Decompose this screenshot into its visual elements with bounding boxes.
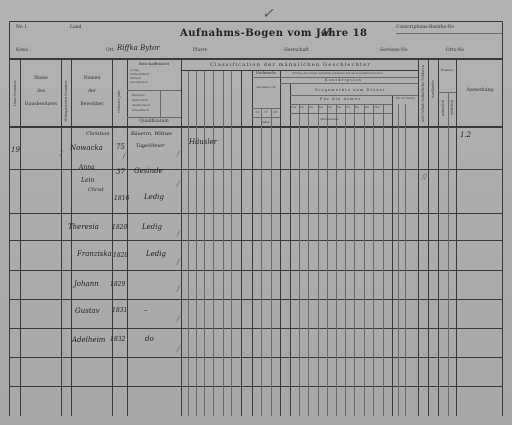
vorgemerkte-header: Vorgemerkte zum Dienst	[315, 88, 385, 92]
col-divider	[127, 58, 128, 416]
col-divider	[204, 70, 205, 416]
col-divider	[299, 104, 300, 416]
col-divider	[241, 70, 242, 416]
year-columns: 1ste 2te 3te 4te 5te 6te 7te 8te 9te 10t…	[291, 106, 383, 109]
herrschaft-label: Herrschaft	[284, 48, 309, 53]
col-divider	[405, 104, 406, 416]
einleitung-header: In Folge der vorigen Aufnahme geblieben …	[292, 72, 382, 75]
kreis-label: Kreis	[16, 48, 28, 53]
row-1-note: 1.2	[460, 131, 471, 139]
col-divider	[181, 58, 182, 416]
col-divider	[438, 58, 439, 416]
col-divider	[456, 58, 457, 416]
beschaffenheit-sublist: Ledig Verheirathet Witwer Geschieden	[130, 68, 149, 84]
nachwuchs-underline	[252, 77, 280, 78]
armee-underline	[290, 104, 392, 105]
row-1-jahr: 75	[116, 143, 125, 151]
row-4-jahr: 1820	[112, 224, 127, 231]
fremde-maennlich: männlich	[441, 100, 445, 116]
tick-mark: /	[177, 345, 179, 353]
tick-mark: /	[177, 180, 179, 188]
nachwuchs-header: Nachwuchs	[252, 71, 280, 75]
tick-mark: /	[60, 150, 62, 158]
row-3-stand: Ledig	[144, 193, 164, 201]
fremde-underline	[438, 92, 456, 93]
col-divider	[392, 95, 393, 416]
col-divider	[308, 104, 309, 416]
col-divider	[373, 104, 374, 416]
row-2-name: Lein	[81, 177, 94, 184]
anmerkung-header: Anmerkung	[458, 88, 502, 93]
header-subline	[160, 90, 161, 117]
row-2-vorname: Anna	[79, 164, 95, 171]
col-divider	[231, 70, 232, 416]
col-divider	[196, 70, 197, 416]
col-divider	[364, 104, 365, 416]
year-handwritten: 46	[321, 28, 332, 38]
row-6-jahr: 1829	[110, 281, 125, 288]
ort-label: Ort	[106, 48, 114, 53]
col-divider	[327, 104, 328, 416]
row-6-name: Johann	[74, 280, 99, 288]
classification-header: Classification der männlichen Geschlecht…	[210, 62, 371, 68]
tick-mark: /	[123, 152, 125, 160]
konskription-underline	[280, 83, 418, 84]
col-divider	[383, 104, 384, 416]
left-border	[9, 21, 10, 416]
land-label: Land	[70, 25, 81, 30]
age-18: 18	[271, 110, 279, 114]
col-divider	[428, 58, 429, 416]
header-subline	[127, 117, 181, 118]
bewohner-header: Namen der Bewohner	[72, 76, 112, 107]
wohnparteien-header: Wohnparteien-Nummer	[64, 80, 68, 122]
row-1-stand2: Tagelöhner	[136, 143, 165, 149]
classification-underline	[181, 70, 418, 71]
row-4-name: Theresia	[68, 223, 99, 231]
row-3-jahr: 1816	[114, 195, 129, 202]
ort-value: Riffka Bytor	[117, 44, 160, 52]
census-form-page: No 1. Land Conscriptions-Bezirks-No Aufn…	[0, 0, 512, 425]
header-subline	[127, 90, 181, 91]
tick-mark: //	[422, 173, 427, 181]
pfarre-label: Pfarre	[193, 48, 207, 53]
auslaender-header: Ausländer	[431, 80, 435, 98]
beschaffenheit-header: Beschaffenheit	[130, 61, 178, 66]
top-border	[9, 21, 502, 22]
tick-mark: /	[177, 285, 179, 293]
row-2-stand: Gesinde	[134, 167, 163, 175]
col-divider	[280, 70, 281, 416]
age-17: 17	[262, 110, 270, 114]
col-divider	[336, 104, 337, 416]
col-divider	[261, 108, 262, 416]
check-mark-icon: ✓	[262, 6, 274, 22]
col-divider	[71, 58, 72, 416]
row-5-name: Franziska	[77, 250, 112, 258]
armee-header: Für die Armee	[320, 97, 361, 101]
fremde-header: Fremde	[438, 68, 456, 72]
tick-mark: /	[177, 258, 179, 266]
col-divider	[345, 104, 346, 416]
sections-label: Sections-No	[380, 48, 408, 53]
form-title: Aufnahms-Bogen vom Jahre 18	[180, 28, 368, 39]
vorgemerkte-underline	[290, 95, 418, 96]
col-divider	[271, 108, 272, 416]
row-3-vorname: Christ	[88, 187, 104, 193]
number-label: No 1.	[16, 25, 28, 30]
konskription-header: Konskription	[325, 78, 362, 82]
years-underline	[290, 113, 392, 114]
haus-nummer-header: Haus-Nummer	[13, 80, 17, 106]
row-8-jahr: 1832	[110, 336, 125, 343]
row-7-jahr: 1831	[112, 307, 127, 314]
col-divider	[354, 104, 355, 416]
col-divider	[112, 58, 113, 416]
tick-mark: /	[177, 230, 179, 238]
nachwuchs-jahre-line	[252, 117, 280, 118]
col-divider	[213, 70, 214, 416]
row-8-name: Adelheim	[72, 336, 105, 344]
col-divider	[318, 104, 319, 416]
col-divider	[223, 70, 224, 416]
col-divider	[61, 58, 62, 416]
fremde-weiblich: weiblich	[450, 100, 454, 115]
conscriptions-label: Conscriptions-Bezirks-No	[396, 25, 454, 30]
jahre-label: Jahre	[252, 120, 280, 124]
age-13: 13	[253, 110, 261, 114]
nachwuchs-sub: Im Alter von	[252, 85, 280, 89]
col-divider	[188, 70, 189, 416]
col-divider	[418, 58, 419, 416]
col-divider	[398, 104, 399, 416]
row-5-stand: Ledig	[146, 250, 166, 258]
row-7-name: Gustav	[75, 307, 100, 315]
tick-mark: /	[177, 150, 179, 158]
orts-label: Orts-No	[446, 48, 464, 53]
row-2-jahr: 37	[116, 168, 125, 176]
religion-sublist: Religion Katholisch Akatholisch Israelit…	[132, 93, 150, 113]
geburtsjahr-header: Geburts-Jahr	[117, 90, 121, 113]
right-border	[502, 21, 503, 416]
col-divider	[290, 83, 291, 416]
urlaub-header: Auf Urlaub befindliche Soldaten	[421, 65, 425, 122]
tick-mark: /	[177, 315, 179, 323]
marine-header: Für die Marine	[396, 97, 415, 100]
nachwuchs-ages-line	[252, 108, 280, 109]
row-8-stand: do	[145, 335, 154, 343]
conscriptions-line	[396, 33, 502, 34]
row-7-stand: –	[144, 306, 148, 314]
row-1-qual: Häusler	[189, 138, 217, 146]
row-1-name: Nowacka	[70, 144, 103, 152]
qualification-header: Qualification	[130, 119, 178, 124]
col-divider	[20, 58, 21, 416]
row-5-jahr: 1828	[113, 252, 128, 259]
row-1-haus-nr: 19	[11, 146, 20, 154]
row-1-stand: Bäuerin, Wittwe	[131, 131, 172, 137]
row-4-stand: Ledig	[142, 223, 162, 231]
row-1-vorname: Christian	[86, 131, 109, 137]
altersklasse-label: Altersklasse	[320, 117, 339, 121]
hausbesitzer-header: Name des Hausbesitzers	[21, 76, 61, 107]
col-divider	[448, 92, 449, 416]
